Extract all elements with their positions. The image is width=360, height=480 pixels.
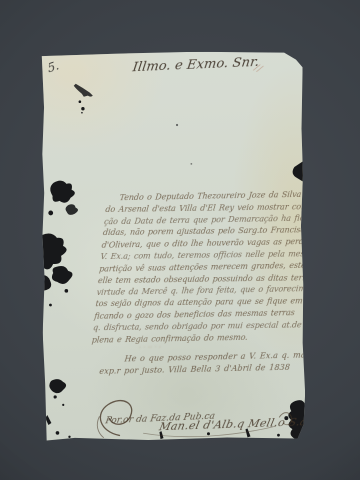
archival-corner-mark: 5. xyxy=(47,58,61,76)
signature-block: Por.or da Faz.da Pub.ca Man.el d'Alb.q M… xyxy=(43,391,305,442)
letter-body: Tendo o Deputado Thezoureiro Joze da Sil… xyxy=(91,189,311,346)
manuscript-sheet: 5. Illmo. e Exmo. Snr. ∕∕ Tendo o Deputa… xyxy=(40,51,305,442)
salutation-line: Illmo. e Exmo. Snr. xyxy=(132,55,254,75)
letter-closing: He o que posso responder a V. Ex.a q. ma… xyxy=(99,349,307,377)
photo-of-manuscript: { "scene": { "description": "Photograph … xyxy=(0,0,360,480)
